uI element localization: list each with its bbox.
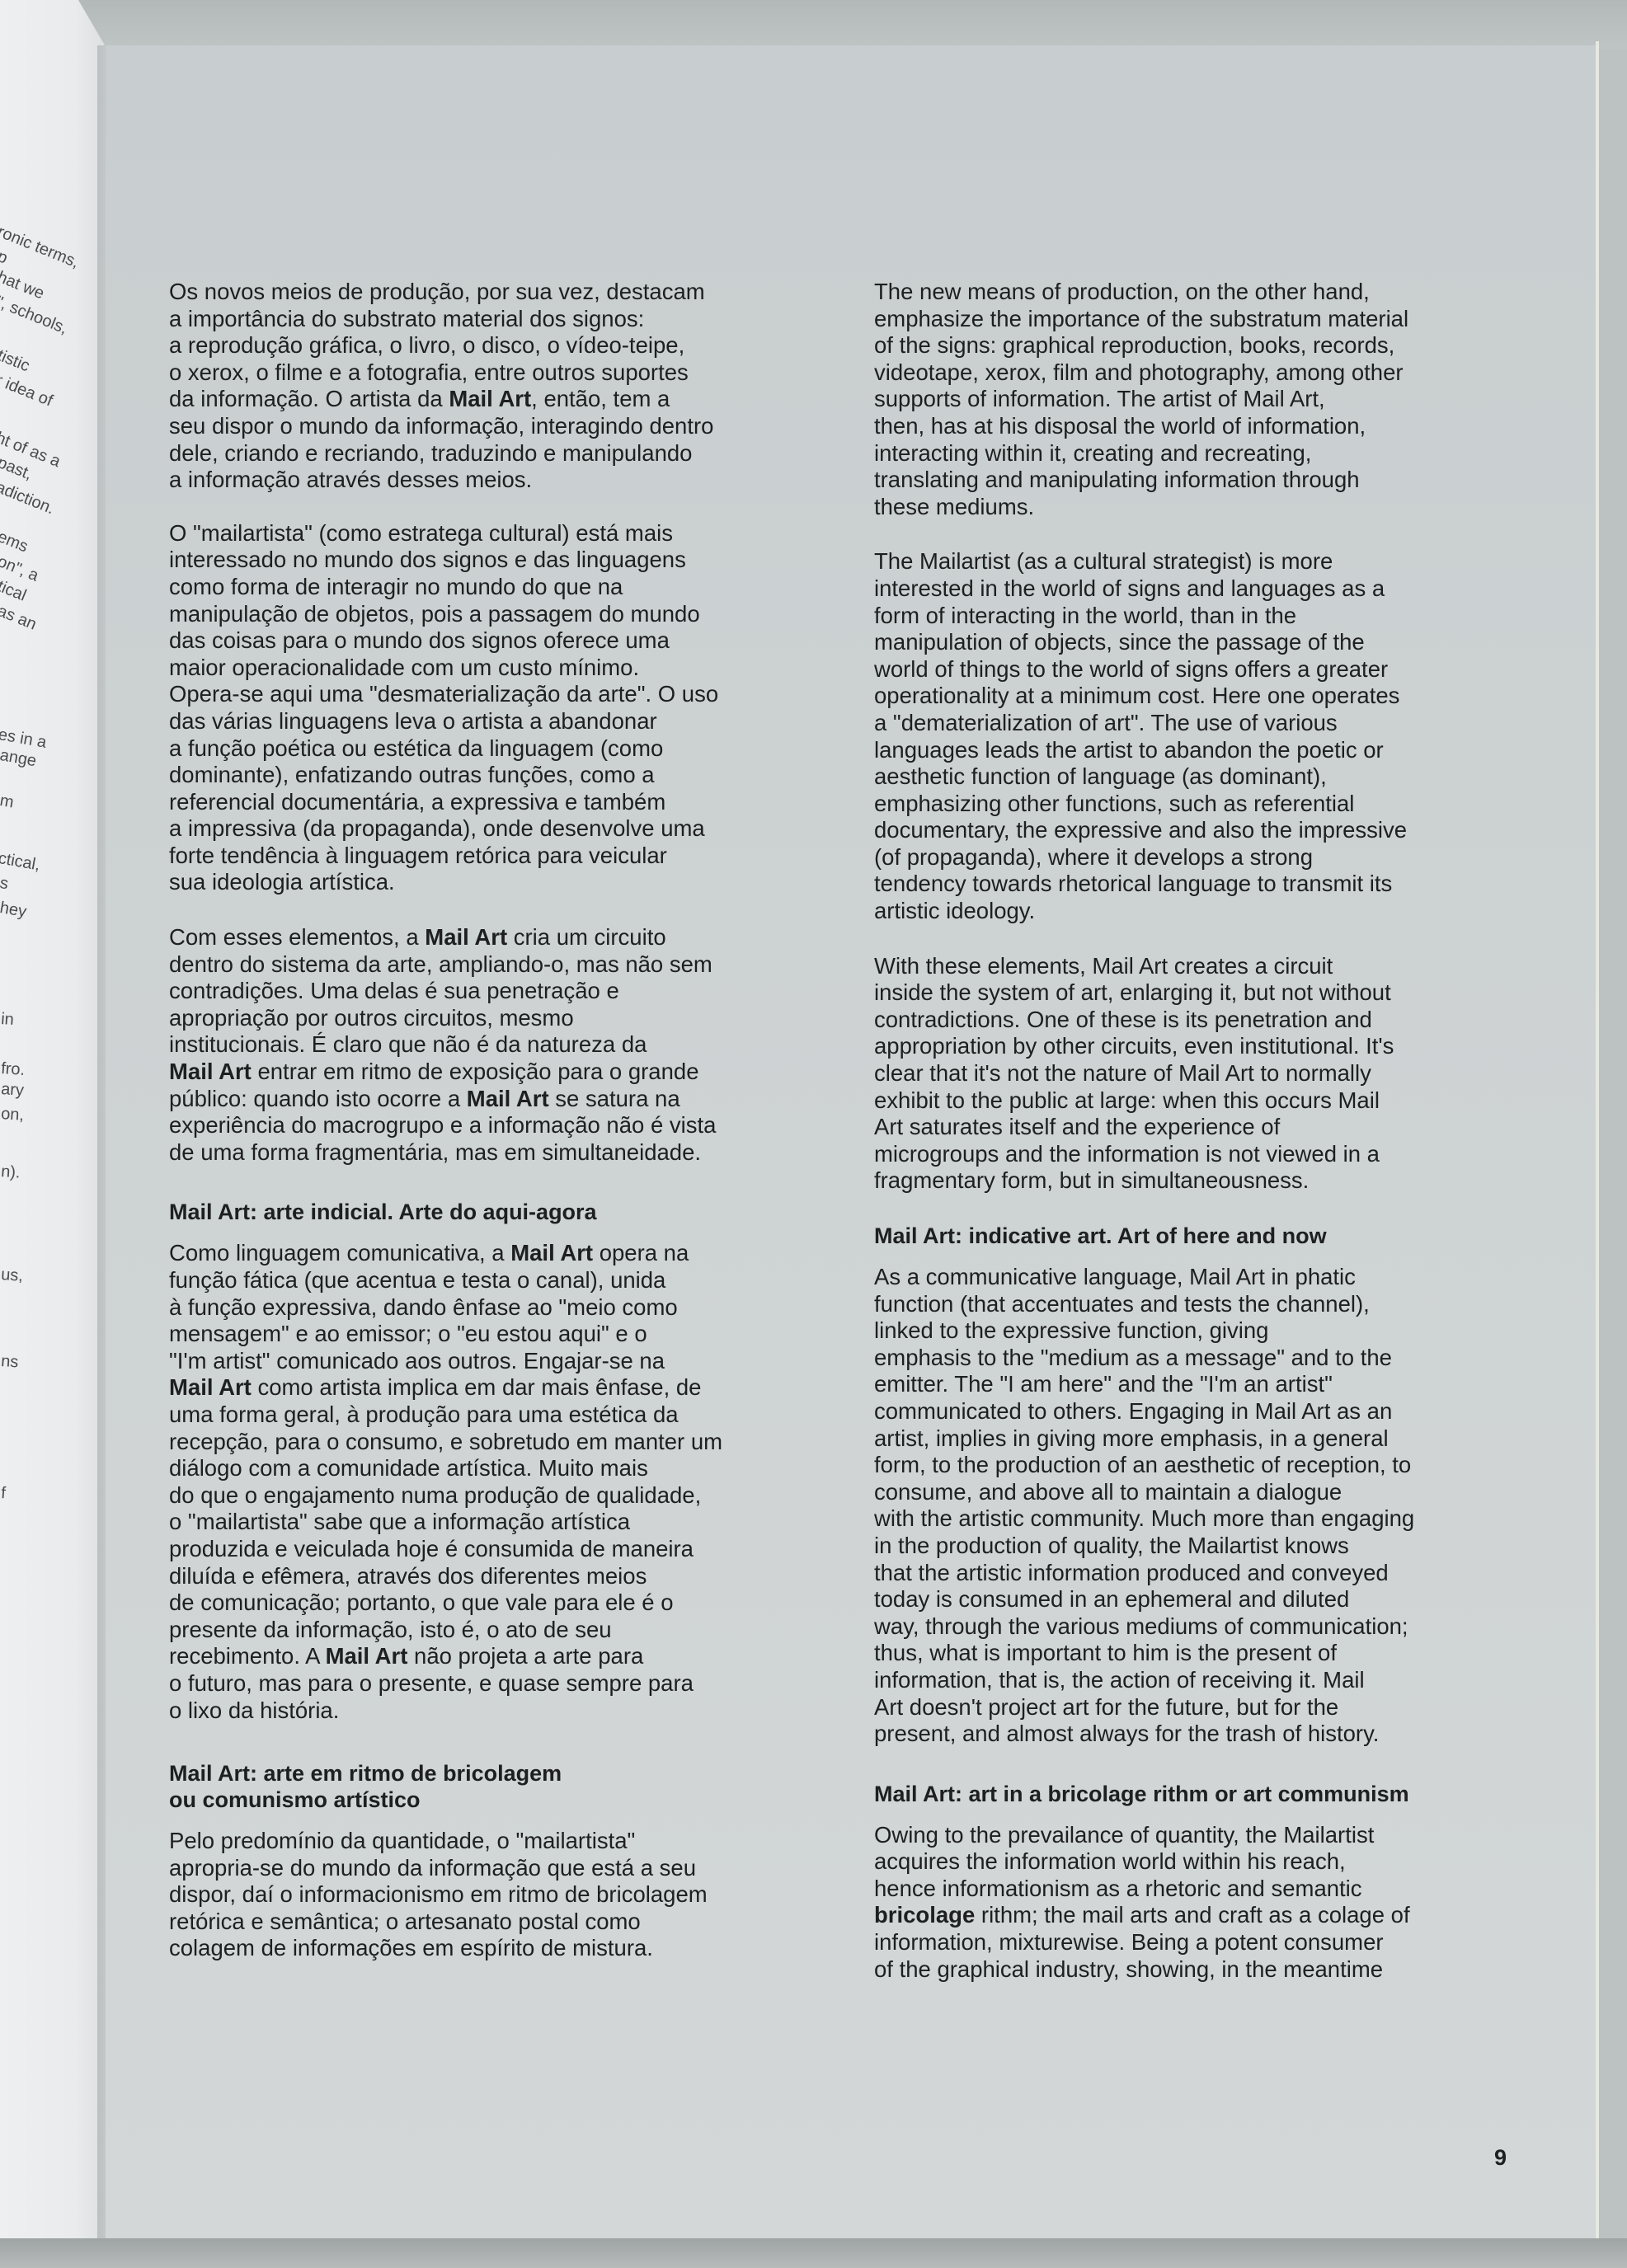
facing-page-text: f (0, 1484, 6, 1503)
english-column: The new means of production, on the othe… (874, 279, 1559, 2011)
text-line: With these elements, Mail Art creates a … (874, 953, 1559, 980)
text-line: form of interacting in the world, than i… (874, 603, 1559, 630)
text-line: appropriation by other circuits, even in… (874, 1033, 1559, 1060)
facing-page-text: n). (0, 1162, 21, 1183)
text-line: emphasize the importance of the substrat… (874, 306, 1559, 333)
text-line: o futuro, mas para o presente, e quase s… (169, 1670, 829, 1697)
text-line: dominante), enfatizando outras funções, … (169, 762, 829, 789)
text-line: a "dematerialization of art". The use of… (874, 710, 1559, 737)
text-line: o "mailartista" sabe que a informação ar… (169, 1509, 829, 1536)
heading-pt-bricolagem: Mail Art: arte em ritmo de bricolagemou … (169, 1760, 829, 1813)
text-line: o lixo da história. (169, 1697, 829, 1725)
facing-page-text: adiction. (0, 478, 57, 519)
paragraph-en-4: As a communicative language, Mail Art in… (874, 1264, 1559, 1748)
text-line: Os novos meios de produção, por sua vez,… (169, 279, 829, 306)
bold-term: Mail Art (425, 924, 507, 950)
text-line: O "mailartista" (como estratega cultural… (169, 520, 829, 547)
text-line: present, and almost always for the trash… (874, 1721, 1559, 1748)
text-line: videotape, xerox, film and photography, … (874, 359, 1559, 387)
text-line: ou comunismo artístico (169, 1787, 829, 1813)
text-line: uma forma geral, à produção para uma est… (169, 1402, 829, 1429)
text-line: hence informationism as a rhetoric and s… (874, 1876, 1559, 1903)
text-line: como forma de interagir no mundo do que … (169, 574, 829, 601)
text-line: experiência do macrogrupo e a informação… (169, 1112, 829, 1139)
text-line: função fática (que acentua e testa o can… (169, 1267, 829, 1294)
text-line: aesthetic function of language (as domin… (874, 763, 1559, 791)
text-line: colagem de informações em espírito de mi… (169, 1935, 829, 1962)
text-line: forte tendência à linguagem retórica par… (169, 843, 829, 870)
facing-page-text: as an (0, 602, 39, 635)
text-line: retórica e semântica; o artesanato posta… (169, 1909, 829, 1936)
text-line: inside the system of art, enlarging it, … (874, 979, 1559, 1007)
text-line: Owing to the prevailance of quantity, th… (874, 1822, 1559, 1849)
paragraph-en-3: With these elements, Mail Art creates a … (874, 953, 1559, 1195)
text-line: "I'm artist" comunicado aos outros. Enga… (169, 1348, 829, 1375)
text-line: that the artistic information produced a… (874, 1560, 1559, 1587)
text-line: Opera-se aqui uma "desmaterialização da … (169, 681, 829, 708)
paragraph-pt-3: Com esses elementos, a Mail Art cria um … (169, 924, 829, 1166)
text-line: Como linguagem comunicativa, a Mail Art … (169, 1240, 829, 1267)
text-line: way, through the various mediums of comm… (874, 1613, 1559, 1641)
text-line: Mail Art entrar em ritmo de exposição pa… (169, 1059, 829, 1086)
text-line: a função poética ou estética da linguage… (169, 735, 829, 763)
text-line: manipulação de objetos, pois a passagem … (169, 601, 829, 628)
bold-term: Mail Art (326, 1643, 408, 1669)
text-line: dele, criando e recriando, traduzindo e … (169, 440, 829, 467)
portuguese-column: Os novos meios de produção, por sua vez,… (169, 279, 829, 1990)
paragraph-en-2: The Mailartist (as a cultural strategist… (874, 548, 1559, 924)
text-line: seu dispor o mundo da informação, intera… (169, 413, 829, 440)
text-line: As a communicative language, Mail Art in… (874, 1264, 1559, 1291)
bold-term: Mail Art (467, 1086, 549, 1111)
text-line: sua ideologia artística. (169, 869, 829, 896)
text-line: acquires the information world within hi… (874, 1848, 1559, 1876)
text-line: bricolage rithm; the mail arts and craft… (874, 1902, 1559, 1929)
text-line: emphasis to the "medium as a message" an… (874, 1345, 1559, 1372)
text-line: supports of information. The artist of M… (874, 386, 1559, 413)
text-line: Art doesn't project art for the future, … (874, 1694, 1559, 1721)
bold-term: Mail Art (449, 386, 531, 411)
facing-page-text: us, (0, 1265, 23, 1286)
text-line: referencial documentária, a expressiva e… (169, 789, 829, 816)
page-edge (1596, 41, 1599, 2242)
text-line: manipulation of objects, since the passa… (874, 629, 1559, 656)
heading-en-bricolage: Mail Art: art in a bricolage rithm or ar… (874, 1781, 1559, 1807)
text-line: dentro do sistema da arte, ampliando-o, … (169, 951, 829, 979)
text-line: function (that accentuates and tests the… (874, 1291, 1559, 1318)
bold-term: Mail Art (510, 1240, 593, 1265)
text-line: contradições. Uma delas é sua penetração… (169, 978, 829, 1005)
text-line: institucionais. É claro que não é da nat… (169, 1031, 829, 1059)
text-line: presente da informação, isto é, o ato de… (169, 1617, 829, 1644)
paragraph-pt-4: Como linguagem comunicativa, a Mail Art … (169, 1240, 829, 1724)
text-line: emitter. The "I am here" and the "I'm an… (874, 1371, 1559, 1398)
text-line: artist, implies in giving more emphasis,… (874, 1425, 1559, 1453)
facing-page-text: m (0, 791, 15, 813)
paragraph-en-1: The new means of production, on the othe… (874, 279, 1559, 520)
text-line: linked to the expressive function, givin… (874, 1317, 1559, 1345)
text-line: languages leads the artist to abandon th… (874, 737, 1559, 764)
text-line: Mail Art como artista implica em dar mai… (169, 1374, 829, 1402)
facing-page-text: ronic terms, (0, 223, 82, 272)
facing-page-text: hey (0, 899, 28, 922)
text-line: interested in the world of signs and lan… (874, 575, 1559, 603)
paragraph-pt-1: Os novos meios de produção, por sua vez,… (169, 279, 829, 494)
paragraph-pt-2: O "mailartista" (como estratega cultural… (169, 520, 829, 896)
text-line: in the production of quality, the Mailar… (874, 1533, 1559, 1560)
text-line: today is consumed in an ephemeral and di… (874, 1586, 1559, 1613)
text-line: mensagem" e ao emissor; o "eu estou aqui… (169, 1321, 829, 1348)
text-line: Com esses elementos, a Mail Art cria um … (169, 924, 829, 951)
text-line: do que o engajamento numa produção de qu… (169, 1482, 829, 1510)
text-line: these mediums. (874, 494, 1559, 521)
background-surface (0, 0, 1627, 49)
text-line: with the artistic community. Much more t… (874, 1505, 1559, 1533)
text-line: clear that it's not the nature of Mail A… (874, 1060, 1559, 1087)
text-line: recepção, para o consumo, e sobretudo em… (169, 1429, 829, 1456)
text-line: Pelo predomínio da quantidade, o "mailar… (169, 1828, 829, 1855)
text-line: translating and manipulating information… (874, 467, 1559, 494)
text-line: artistic ideology. (874, 898, 1559, 925)
text-line: de uma forma fragmentária, mas em simult… (169, 1139, 829, 1167)
text-line: de comunicação; portanto, o que vale par… (169, 1589, 829, 1617)
text-line: operationality at a minimum cost. Here o… (874, 683, 1559, 710)
text-line: público: quando isto ocorre a Mail Art s… (169, 1086, 829, 1113)
text-line: interacting within it, creating and recr… (874, 440, 1559, 467)
page-number: 9 (1494, 2145, 1507, 2171)
heading-pt-indicial: Mail Art: arte indicial. Arte do aqui-ag… (169, 1199, 829, 1225)
facing-page-text: p (0, 247, 10, 268)
facing-page-text: r idea of (0, 371, 55, 411)
text-line: recebimento. A Mail Art não projeta a ar… (169, 1643, 829, 1670)
bold-term: Mail Art (169, 1059, 252, 1084)
text-line: maior operacionalidade com um custo míni… (169, 655, 829, 682)
facing-page-text: ems (0, 528, 31, 556)
text-line: da informação. O artista da Mail Art, en… (169, 386, 829, 413)
text-line: exhibit to the public at large: when thi… (874, 1087, 1559, 1115)
facing-page-text: s (0, 874, 10, 894)
text-line: emphasizing other functions, such as ref… (874, 791, 1559, 818)
text-line: then, has at his disposal the world of i… (874, 413, 1559, 440)
facing-page-text: ary (0, 1080, 24, 1101)
text-line: diálogo com a comunidade artística. Muit… (169, 1455, 829, 1482)
facing-page-text: ctical, (0, 849, 41, 876)
facing-page-text: fro. (0, 1059, 25, 1080)
text-line: microgroups and the information is not v… (874, 1141, 1559, 1168)
text-line: communicated to others. Engaging in Mail… (874, 1398, 1559, 1425)
facing-page-text: in (0, 1010, 14, 1030)
text-line: a impressiva (da propaganda), onde desen… (169, 815, 829, 843)
text-line: information, that is, the action of rece… (874, 1667, 1559, 1694)
text-line: apropria-se do mundo da informação que e… (169, 1855, 829, 1882)
text-line: produzida e veiculada hoje é consumida d… (169, 1536, 829, 1563)
paragraph-en-5: Owing to the prevailance of quantity, th… (874, 1822, 1559, 1984)
text-line: tendency towards rhetorical language to … (874, 871, 1559, 898)
text-line: dispor, daí o informacionismo em ritmo d… (169, 1881, 829, 1909)
facing-page-text: tistic (0, 346, 32, 376)
facing-page-text: on, (0, 1105, 24, 1125)
text-line: (of propaganda), where it develops a str… (874, 844, 1559, 871)
facing-page-edge: ronic terms,phat we", schools,tisticr id… (0, 0, 107, 2268)
text-line: thus, what is important to him is the pr… (874, 1640, 1559, 1667)
text-line: a importância do substrato material dos … (169, 306, 829, 333)
text-line: diluída e efêmera, através dos diferente… (169, 1563, 829, 1590)
text-line: of the signs: graphical reproduction, bo… (874, 332, 1559, 359)
text-line: documentary, the expressive and also the… (874, 817, 1559, 844)
text-line: Art saturates itself and the experience … (874, 1114, 1559, 1141)
text-line: das várias linguagens leva o artista a a… (169, 708, 829, 735)
text-line: a reprodução gráfica, o livro, o disco, … (169, 332, 829, 359)
bold-term: bricolage (874, 1902, 975, 1928)
text-line: information, mixturewise. Being a potent… (874, 1929, 1559, 1956)
bottom-shadow (0, 2238, 1627, 2268)
text-line: The new means of production, on the othe… (874, 279, 1559, 306)
text-line: apropriação por outros circuitos, mesmo (169, 1005, 829, 1032)
text-line: contradictions. One of these is its pene… (874, 1007, 1559, 1034)
bold-term: Mail Art (169, 1374, 252, 1400)
text-line: world of things to the world of signs of… (874, 656, 1559, 683)
text-line: consume, and above all to maintain a dia… (874, 1479, 1559, 1506)
text-line: das coisas para o mundo dos signos ofere… (169, 627, 829, 655)
heading-en-indicative: Mail Art: indicative art. Art of here an… (874, 1223, 1559, 1249)
text-line: form, to the production of an aesthetic … (874, 1452, 1559, 1479)
text-line: o xerox, o filme e a fotografia, entre o… (169, 359, 829, 387)
paragraph-pt-5: Pelo predomínio da quantidade, o "mailar… (169, 1828, 829, 1962)
text-line: The Mailartist (as a cultural strategist… (874, 548, 1559, 575)
text-line: interessado no mundo dos signos e das li… (169, 547, 829, 574)
text-line: fragmentary form, but in simultaneousnes… (874, 1167, 1559, 1195)
text-line: of the graphical industry, showing, in t… (874, 1956, 1559, 1984)
facing-page-text: ns (0, 1352, 19, 1372)
text-line: Mail Art: arte em ritmo de bricolagem (169, 1760, 829, 1787)
text-line: à função expressiva, dando ênfase ao "me… (169, 1294, 829, 1322)
text-line: a informação através desses meios. (169, 467, 829, 494)
